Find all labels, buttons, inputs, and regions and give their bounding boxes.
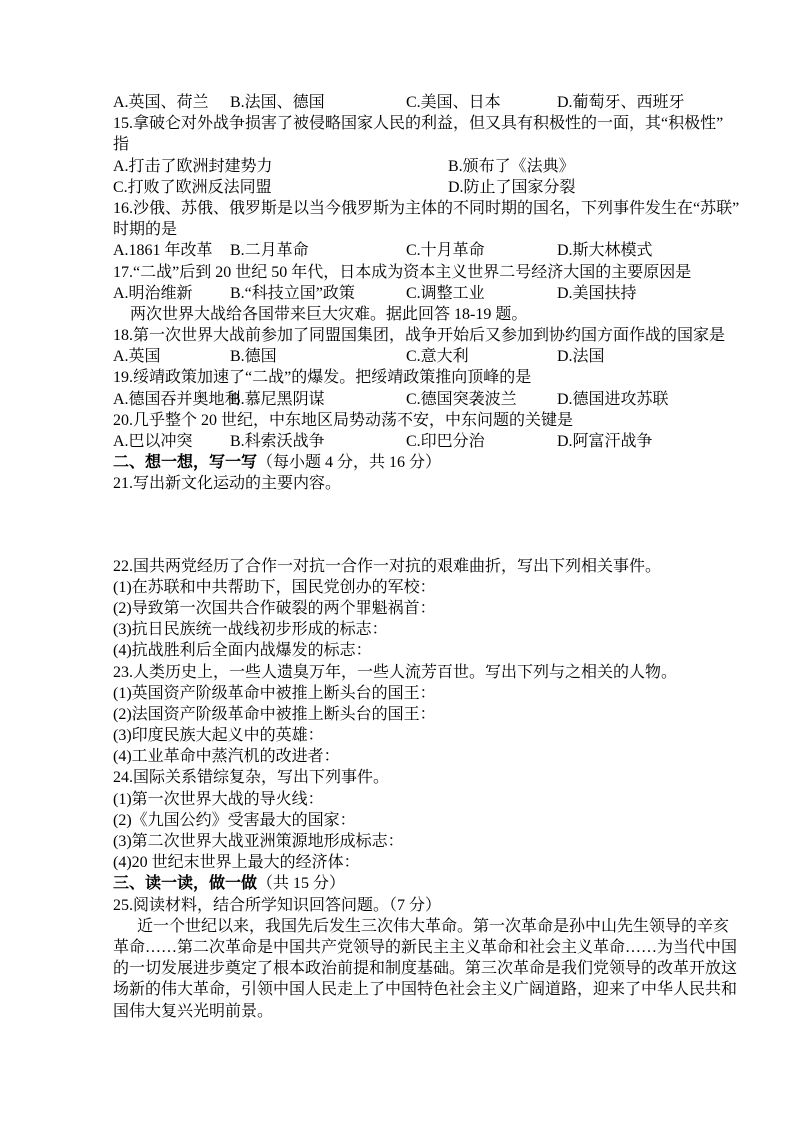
question-24-subitem-1: (1)第一次世界大战的导火线： — [113, 789, 681, 810]
question-24-stem: 24.国际关系错综复杂，写出下列事件。 — [113, 767, 681, 788]
question-16-option-d: D.斯大林模式 — [557, 240, 653, 261]
question-18-option-d: D.法国 — [557, 346, 605, 367]
question-15-stem-line-2: 指 — [113, 134, 681, 155]
question-16-option-a: A.1861 年改革 — [113, 240, 213, 261]
question-25-material-line-5: 国伟大复兴光明前景。 — [113, 1001, 681, 1022]
question-25-stem: 25.阅读材料，结合所学知识回答问题。（7 分） — [113, 895, 681, 916]
section-2-heading: 二、想一想，写一写（每小题 4 分，共 16 分） — [113, 452, 681, 473]
question-18-options-row: A.英国 B.德国 C.意大利 D.法国 — [113, 346, 681, 367]
question-16-stem-line-2: 时期的是 — [113, 219, 681, 240]
question-20-option-d: D.阿富汗战争 — [557, 431, 653, 452]
question-17-option-c: C.调整工业 — [406, 283, 485, 304]
question-25-material-line-1: 近一个世纪以来，我国先后发生三次伟大革命。第一次革命是孙中山先生领导的辛亥 — [113, 916, 681, 937]
question-14-option-d: D.葡萄牙、西班牙 — [557, 92, 685, 113]
question-19-option-a: A.德国吞并奥地利 — [113, 389, 241, 410]
answer-space-question-21 — [113, 495, 681, 556]
question-14-options-row: A.英国、荷兰 B.法国、德国 C.美国、日本 D.葡萄牙、西班牙 — [113, 92, 681, 113]
question-18-option-b: B.德国 — [230, 346, 277, 367]
question-17-options-row: A.明治维新 B.“科技立国”政策 C.调整工业 D.美国扶持 — [113, 283, 681, 304]
question-15-stem-line-1: 15.拿破仑对外战争损害了被侵略国家人民的利益，但又具有积极性的一面，其“积极性… — [113, 113, 681, 134]
question-16-option-b: B.二月革命 — [230, 240, 309, 261]
question-15-options-row-cd: C.打败了欧洲反法同盟 D.防止了国家分裂 — [113, 177, 681, 198]
question-15-option-b: B.颁布了《法典》 — [448, 156, 575, 177]
question-22-subitem-4: (4)抗战胜利后全面内战爆发的标志： — [113, 640, 681, 661]
section-3-heading: 三、读一读，做一做（共 15 分） — [113, 873, 681, 894]
question-22-subitem-2: (2)导致第一次国共合作破裂的两个罪魁祸首： — [113, 598, 681, 619]
question-17-option-a: A.明治维新 — [113, 283, 193, 304]
question-15-option-d: D.防止了国家分裂 — [448, 177, 576, 198]
section-2-heading-points: （每小题 4 分，共 16 分） — [257, 454, 441, 471]
question-18-option-a: A.英国 — [113, 346, 161, 367]
question-16-stem-line-1: 16.沙俄、苏俄、俄罗斯是以当今俄罗斯为主体的不同时期的国名，下列事件发生在“苏… — [113, 198, 681, 219]
question-18-option-c: C.意大利 — [406, 346, 469, 367]
question-25-material-line-2: 革命……第二次革命是中国共产党领导的新民主主义革命和社会主义革命……为当代中国 — [113, 937, 681, 958]
question-16-options-row: A.1861 年改革 B.二月革命 C.十月革命 D.斯大林模式 — [113, 240, 681, 261]
question-20-option-a: A.巴以冲突 — [113, 431, 193, 452]
question-14-option-a: A.英国、荷兰 — [113, 92, 209, 113]
question-19-stem: 19.绥靖政策加速了“二战”的爆发。把绥靖政策推向顶峰的是 — [113, 367, 681, 388]
question-19-option-c: C.德国突袭波兰 — [406, 389, 517, 410]
question-17-option-b: B.“科技立国”政策 — [230, 283, 355, 304]
question-20-stem: 20.几乎整个 20 世纪，中东地区局势动荡不安，中东问题的关键是 — [113, 410, 681, 431]
question-24-subitem-4: (4)20 世纪末世界上最大的经济体： — [113, 852, 681, 873]
section-2-heading-title: 二、想一想，写一写 — [113, 454, 257, 471]
question-23-subitem-4: (4)工业革命中蒸汽机的改进者： — [113, 746, 681, 767]
question-23-subitem-2: (2)法国资产阶级革命中被推上断头台的国王： — [113, 704, 681, 725]
question-21-stem: 21.写出新文化运动的主要内容。 — [113, 473, 681, 494]
question-14-option-b: B.法国、德国 — [230, 92, 325, 113]
question-15-option-a: A.打击了欧洲封建势力 — [113, 156, 273, 177]
question-19-option-b: B.慕尼黑阴谋 — [230, 389, 325, 410]
question-17-option-d: D.美国扶持 — [557, 283, 637, 304]
material-note-18-19: 两次世界大战给各国带来巨大灾难。据此回答 18-19 题。 — [113, 304, 681, 325]
question-22-subitem-3: (3)抗日民族统一战线初步形成的标志： — [113, 619, 681, 640]
question-14-option-c: C.美国、日本 — [406, 92, 501, 113]
question-15-options-row-ab: A.打击了欧洲封建势力 B.颁布了《法典》 — [113, 156, 681, 177]
section-3-heading-title: 三、读一读，做一做 — [113, 875, 257, 892]
question-20-options-row: A.巴以冲突 B.科索沃战争 C.印巴分治 D.阿富汗战争 — [113, 431, 681, 452]
question-24-subitem-2: (2)《九国公约》受害最大的国家： — [113, 810, 681, 831]
question-22-stem: 22.国共两党经历了合作一对抗一合作一对抗的艰难曲折，写出下列相关事件。 — [113, 556, 681, 577]
question-15-option-c: C.打败了欧洲反法同盟 — [113, 177, 272, 198]
question-23-subitem-3: (3)印度民族大起义中的英雄： — [113, 725, 681, 746]
section-3-heading-points: （共 15 分） — [257, 875, 345, 892]
question-24-subitem-3: (3)第二次世界大战亚洲策源地形成标志： — [113, 831, 681, 852]
exam-document-page: A.英国、荷兰 B.法国、德国 C.美国、日本 D.葡萄牙、西班牙 15.拿破仑… — [0, 0, 794, 1123]
question-20-option-b: B.科索沃战争 — [230, 431, 325, 452]
question-18-stem: 18.第一次世界大战前参加了同盟国集团，战争开始后又参加到协约国方面作战的国家是 — [113, 325, 681, 346]
question-25-material-line-3: 的一切发展进步奠定了根本政治前提和制度基础。第三次革命是我们党领导的改革开放这 — [113, 958, 681, 979]
question-25-material-line-4: 场新的伟大革命，引领中国人民走上了中国特色社会主义广阔道路，迎来了中华人民共和 — [113, 979, 681, 1000]
question-20-option-c: C.印巴分治 — [406, 431, 485, 452]
question-16-option-c: C.十月革命 — [406, 240, 485, 261]
question-23-subitem-1: (1)英国资产阶级革命中被推上断头台的国王： — [113, 683, 681, 704]
question-23-stem: 23.人类历史上，一些人遗臭万年，一些人流芳百世。写出下列与之相关的人物。 — [113, 662, 681, 683]
question-22-subitem-1: (1)在苏联和中共帮助下，国民党创办的军校： — [113, 577, 681, 598]
question-17-stem: 17.“二战”后到 20 世纪 50 年代，日本成为资本主义世界二号经济大国的主… — [113, 262, 681, 283]
question-19-options-row: A.德国吞并奥地利 B.慕尼黑阴谋 C.德国突袭波兰 D.德国进攻苏联 — [113, 389, 681, 410]
question-19-option-d: D.德国进攻苏联 — [557, 389, 669, 410]
